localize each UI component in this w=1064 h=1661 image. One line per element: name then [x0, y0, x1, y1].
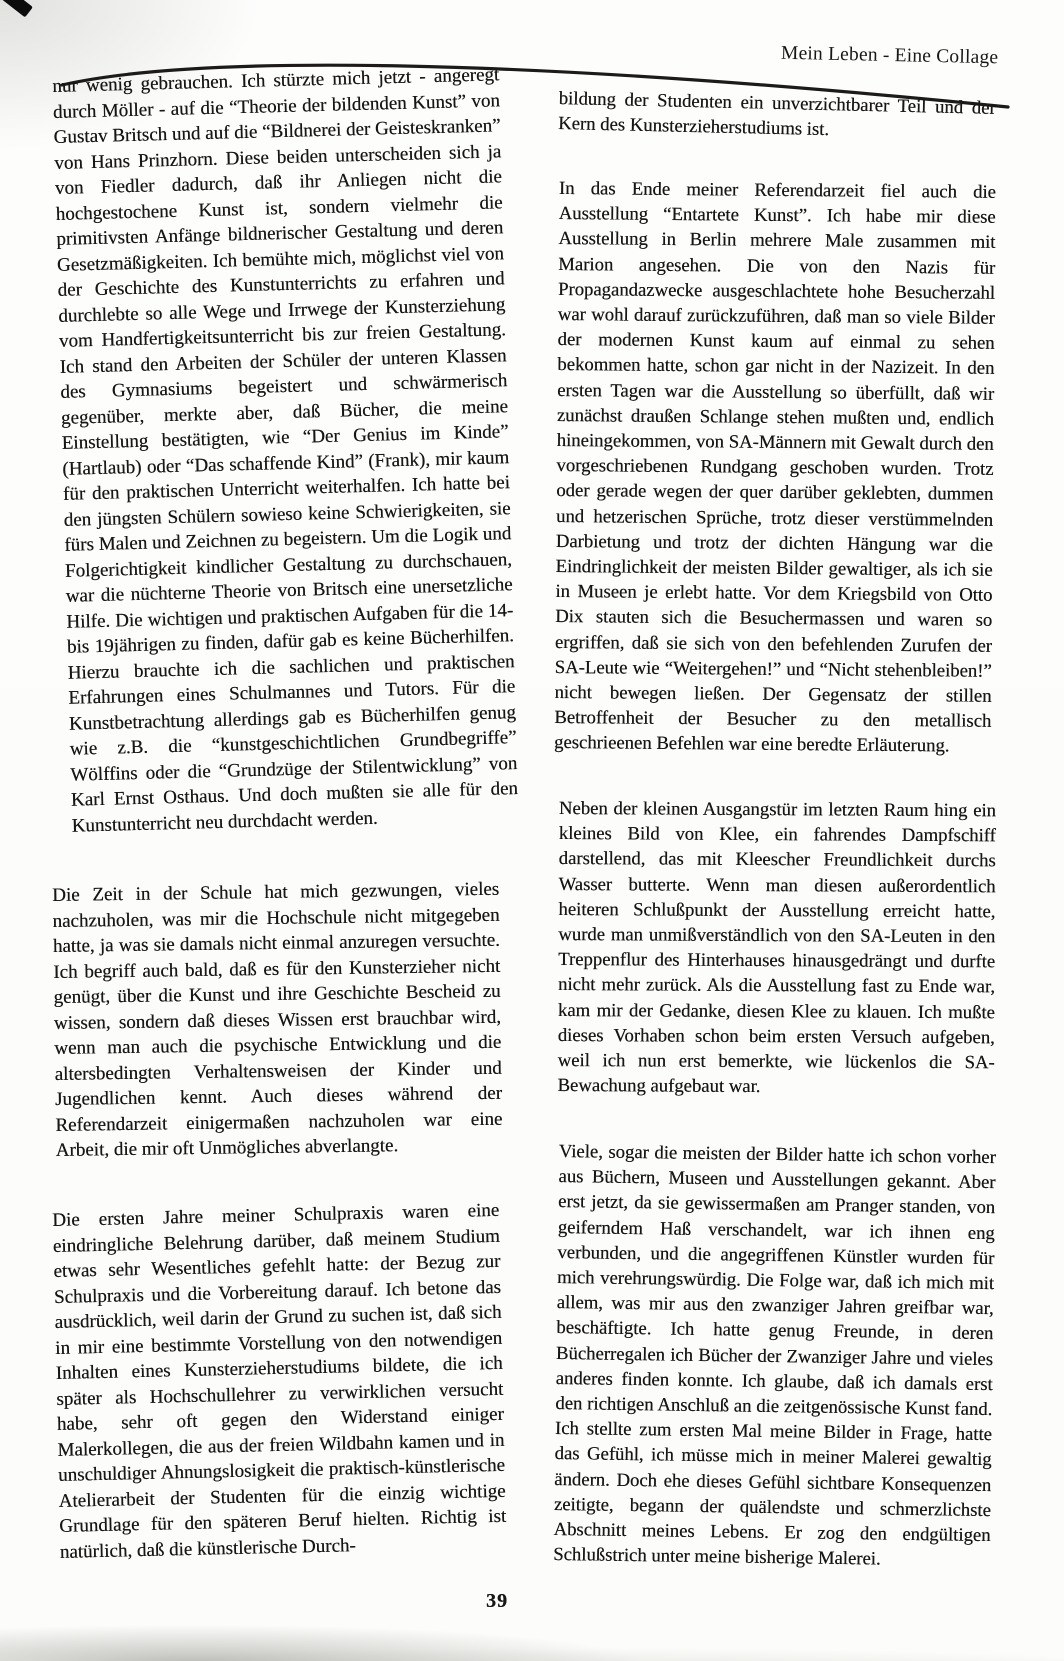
scanned-book-page: Mein Leben - Eine Collage nur wenig gebr…: [0, 0, 1064, 1661]
right-paragraph-3: Neben der kleinen Ausgangstür im letzten…: [557, 796, 996, 1101]
left-paragraph-3: Die ersten Jahre meiner Schulpraxis ware…: [52, 1197, 507, 1564]
left-paragraph-2: Die Zeit in der Schule hat mich gezwunge…: [52, 877, 503, 1164]
running-title: Mein Leben - Eine Collage: [781, 43, 999, 70]
right-paragraph-1: bildung der Studenten ein unverzichtbare…: [558, 86, 996, 146]
page-number: 39: [486, 1590, 508, 1613]
right-column: bildung der Studenten ein unverzichtbare…: [559, 86, 996, 1567]
left-paragraph-1: nur wenig gebrauchen. Ich stürzte mich j…: [52, 62, 519, 838]
right-paragraph-4: Viele, sogar die meisten der Bilder hatt…: [553, 1139, 996, 1574]
left-column: nur wenig gebrauchen. Ich stürzte mich j…: [52, 74, 499, 1565]
scan-corner-artifact: [0, 0, 33, 17]
right-paragraph-2: In das Ende meiner Referendarzeit fiel a…: [554, 176, 996, 759]
